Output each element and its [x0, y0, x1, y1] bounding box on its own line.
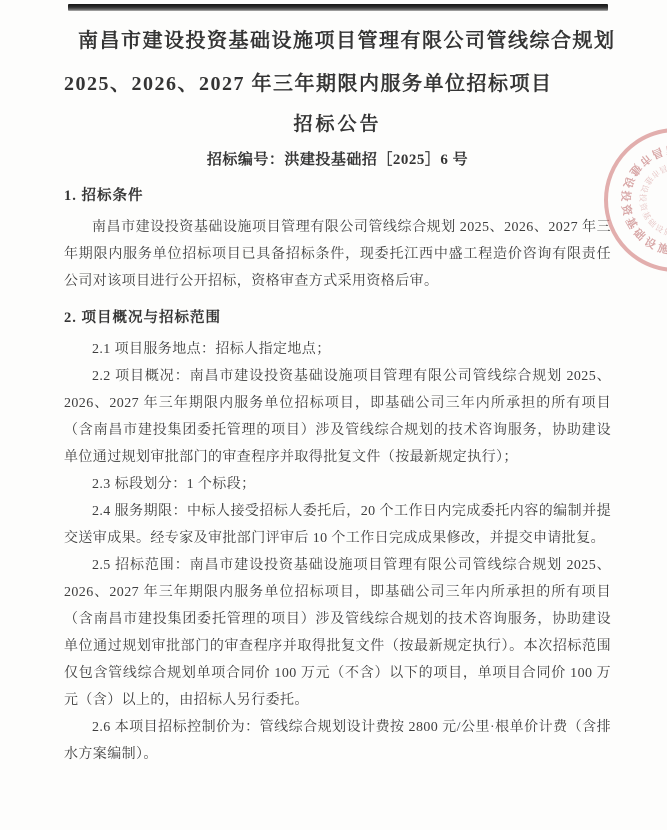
- svg-text:南昌市建设投资基础设施项目管理有限公司: 南昌市建设投资基础设施项目管理有限公司: [638, 162, 667, 239]
- doc-subtitle: 招标公告: [64, 111, 611, 139]
- seal-text-outer: 南昌市建设投资基础设施项目管理有限公司: [619, 143, 667, 258]
- doc-number: 招标编号：洪建投基础招［2025］6 号: [64, 148, 611, 172]
- section-2-paragraph-2-2: 2.2 项目概况：南昌市建设投资基础设施项目管理有限公司管线综合规划 2025、…: [64, 363, 611, 471]
- section-1-heading: 1. 招标条件: [64, 186, 611, 206]
- section-2-paragraph-2-1: 2.1 项目服务地点：招标人指定地点；: [64, 336, 611, 363]
- seal-outer-ring: [606, 130, 667, 270]
- section-2-paragraph-2-6: 2.6 本项目招标控制价为：管线综合规划设计费按 2800 元/公里·根单价计费…: [64, 714, 611, 768]
- doc-title-line2: 2025、2026、2027 年三年期限内服务单位招标项目: [64, 69, 611, 99]
- section-2-paragraph-2-5: 2.5 招标范围：南昌市建设投资基础设施项目管理有限公司管线综合规划 2025、…: [64, 552, 611, 714]
- svg-text:南昌市建设投资基础设施项目管理有限公司: 南昌市建设投资基础设施项目管理有限公司: [619, 143, 667, 258]
- doc-title-line1: 南昌市建设投资基础设施项目管理有限公司管线综合规划: [64, 26, 611, 56]
- scan-edge-artifact: [68, 4, 608, 11]
- document-body: 南昌市建设投资基础设施项目管理有限公司管线综合规划 2025、2026、2027…: [64, 26, 611, 768]
- section-2-paragraph-2-3: 2.3 标段划分：1 个标段；: [64, 471, 611, 498]
- seal-text-inner: 南昌市建设投资基础设施项目管理有限公司: [638, 162, 667, 239]
- section-1-paragraph: 南昌市建设投资基础设施项目管理有限公司管线综合规划 2025、2026、2027…: [64, 214, 611, 295]
- section-2-paragraph-2-4: 2.4 服务期限：中标人接受招标人委托后，20 个工作日内完成委托内容的编制并提…: [64, 498, 611, 552]
- scanned-tender-document: { "doc": { "title_line1": "南昌市建设投资基础设施项目…: [0, 0, 667, 830]
- section-2-heading: 2. 项目概况与招标范围: [64, 308, 611, 328]
